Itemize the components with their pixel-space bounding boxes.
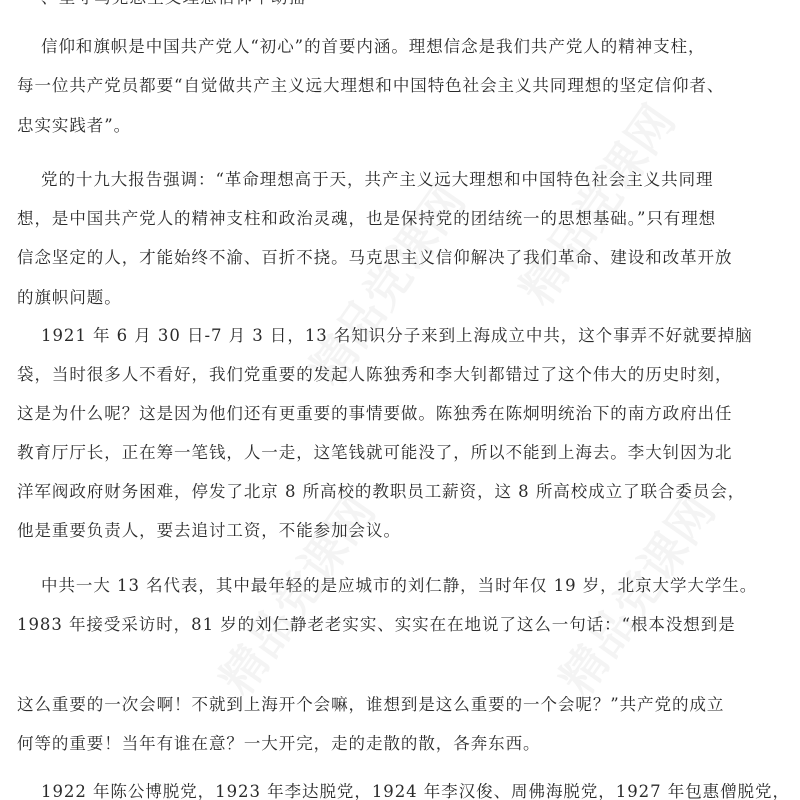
paragraph-line: 1921 年 6 月 30 日-7 月 3 日，13 名知识分子来到上海成立中共… xyxy=(41,326,531,346)
paragraph-line: 中共一大 13 名代表，其中最年轻的是应城市的刘仁静，当时年仅 19 岁，北京大… xyxy=(41,576,531,596)
paragraph-line: 洋军阀政府财务困难，停发了北京 8 所高校的教职员工薪资，这 8 所高校成立了联… xyxy=(17,482,507,502)
paragraph-line: 每一位共产党员都要“自觉做共产主义远大理想和中国特色社会主义共同理想的坚定信仰者… xyxy=(17,76,507,96)
paragraph-line: 这么重要的一次会啊！不就到上海开个会嘛，谁想到是这么重要的一个会呢？”共产党的成… xyxy=(17,695,507,715)
paragraph-line: 信念坚定的人，才能始终不渝、百折不挠。马克思主义信仰解决了我们革命、建设和改革开… xyxy=(17,248,507,268)
paragraph-line: 教育厅厅长，正在筹一笔钱，人一走，这笔钱就可能没了，所以不能到上海去。李大钊因为… xyxy=(17,443,507,463)
watermark: 精品党课网 xyxy=(502,90,688,316)
paragraph-line: 1922 年陈公博脱党，1923 年李达脱党，1924 年李汉俊、周佛海脱党，1… xyxy=(41,782,531,800)
paragraph-line: 这是为什么呢？这是因为他们还有更重要的事情要做。陈独秀在陈炯明统治下的南方政府出… xyxy=(17,404,507,424)
paragraph-line: 何等的重要！当年有谁在意？一大开完，走的走散的散，各奔东西。 xyxy=(17,734,507,754)
paragraph-line: 党的十九大报告强调：“革命理想高于天，共产主义远大理想和中国特色社会主义共同理 xyxy=(41,170,531,190)
paragraph-line: 他是重要负责人，要去追讨工资，不能参加会议。 xyxy=(17,521,507,541)
section-heading: 、坚守马克思主义理想信仰不动摇 xyxy=(41,0,307,8)
document-page: 精品党课网 精品党课网 精品党课网 精品党课网 、坚守马克思主义理想信仰不动摇 … xyxy=(0,0,800,800)
paragraph-line: 想，是中国共产党人的精神支柱和政治灵魂，也是保持党的团结统一的思想基础。”只有理… xyxy=(17,209,507,229)
paragraph-line: 信仰和旗帜是中国共产党人“初心”的首要内涵。理想信念是我们共产党人的精神支柱， xyxy=(41,37,531,57)
paragraph-line: 袋，当时很多人不看好，我们党重要的发起人陈独秀和李大钊都错过了这个伟大的历史时刻… xyxy=(17,365,507,385)
paragraph-line: 1983 年接受采访时，81 岁的刘仁静老老实实、实实在在地说了这么一句话：“根… xyxy=(17,615,507,635)
watermark: 精品党课网 xyxy=(292,170,478,396)
paragraph-line: 的旗帜问题。 xyxy=(17,288,507,308)
paragraph-line: 忠实实践者”。 xyxy=(17,116,507,136)
